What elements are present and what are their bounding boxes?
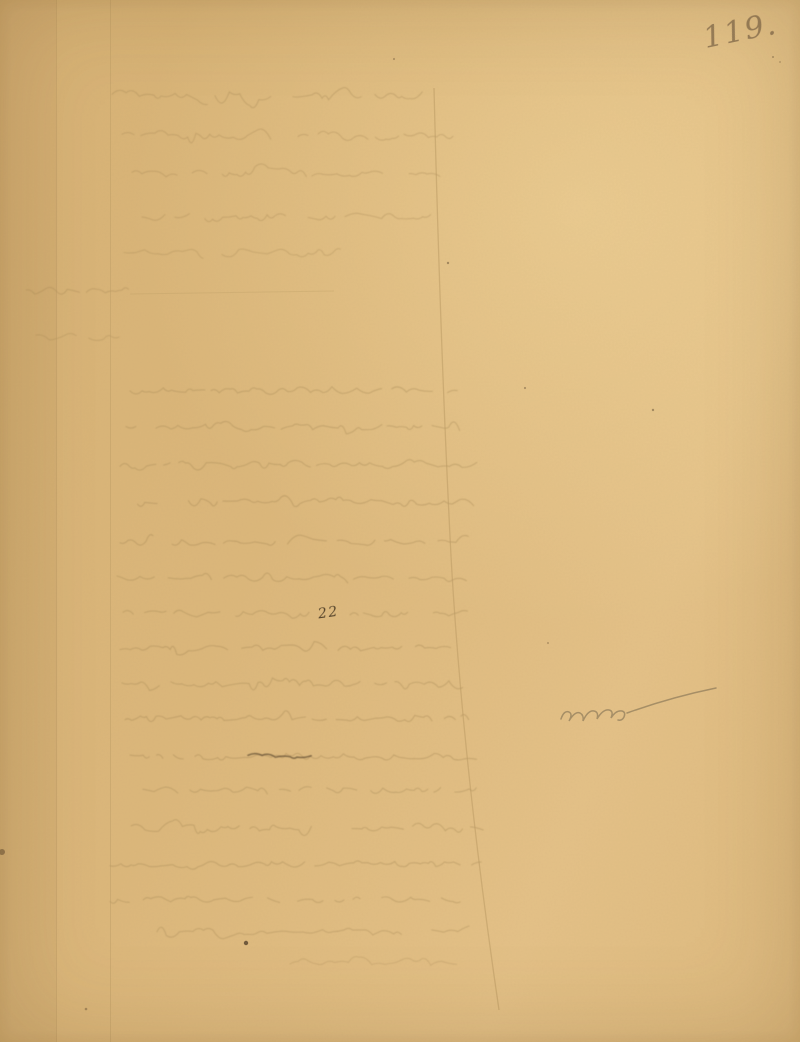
scanned-manuscript-page: 119. 22 <box>0 0 800 1042</box>
paper-grain-texture <box>0 0 800 1042</box>
page-decorations <box>0 0 800 1042</box>
ink-mark: 22 <box>317 604 340 623</box>
